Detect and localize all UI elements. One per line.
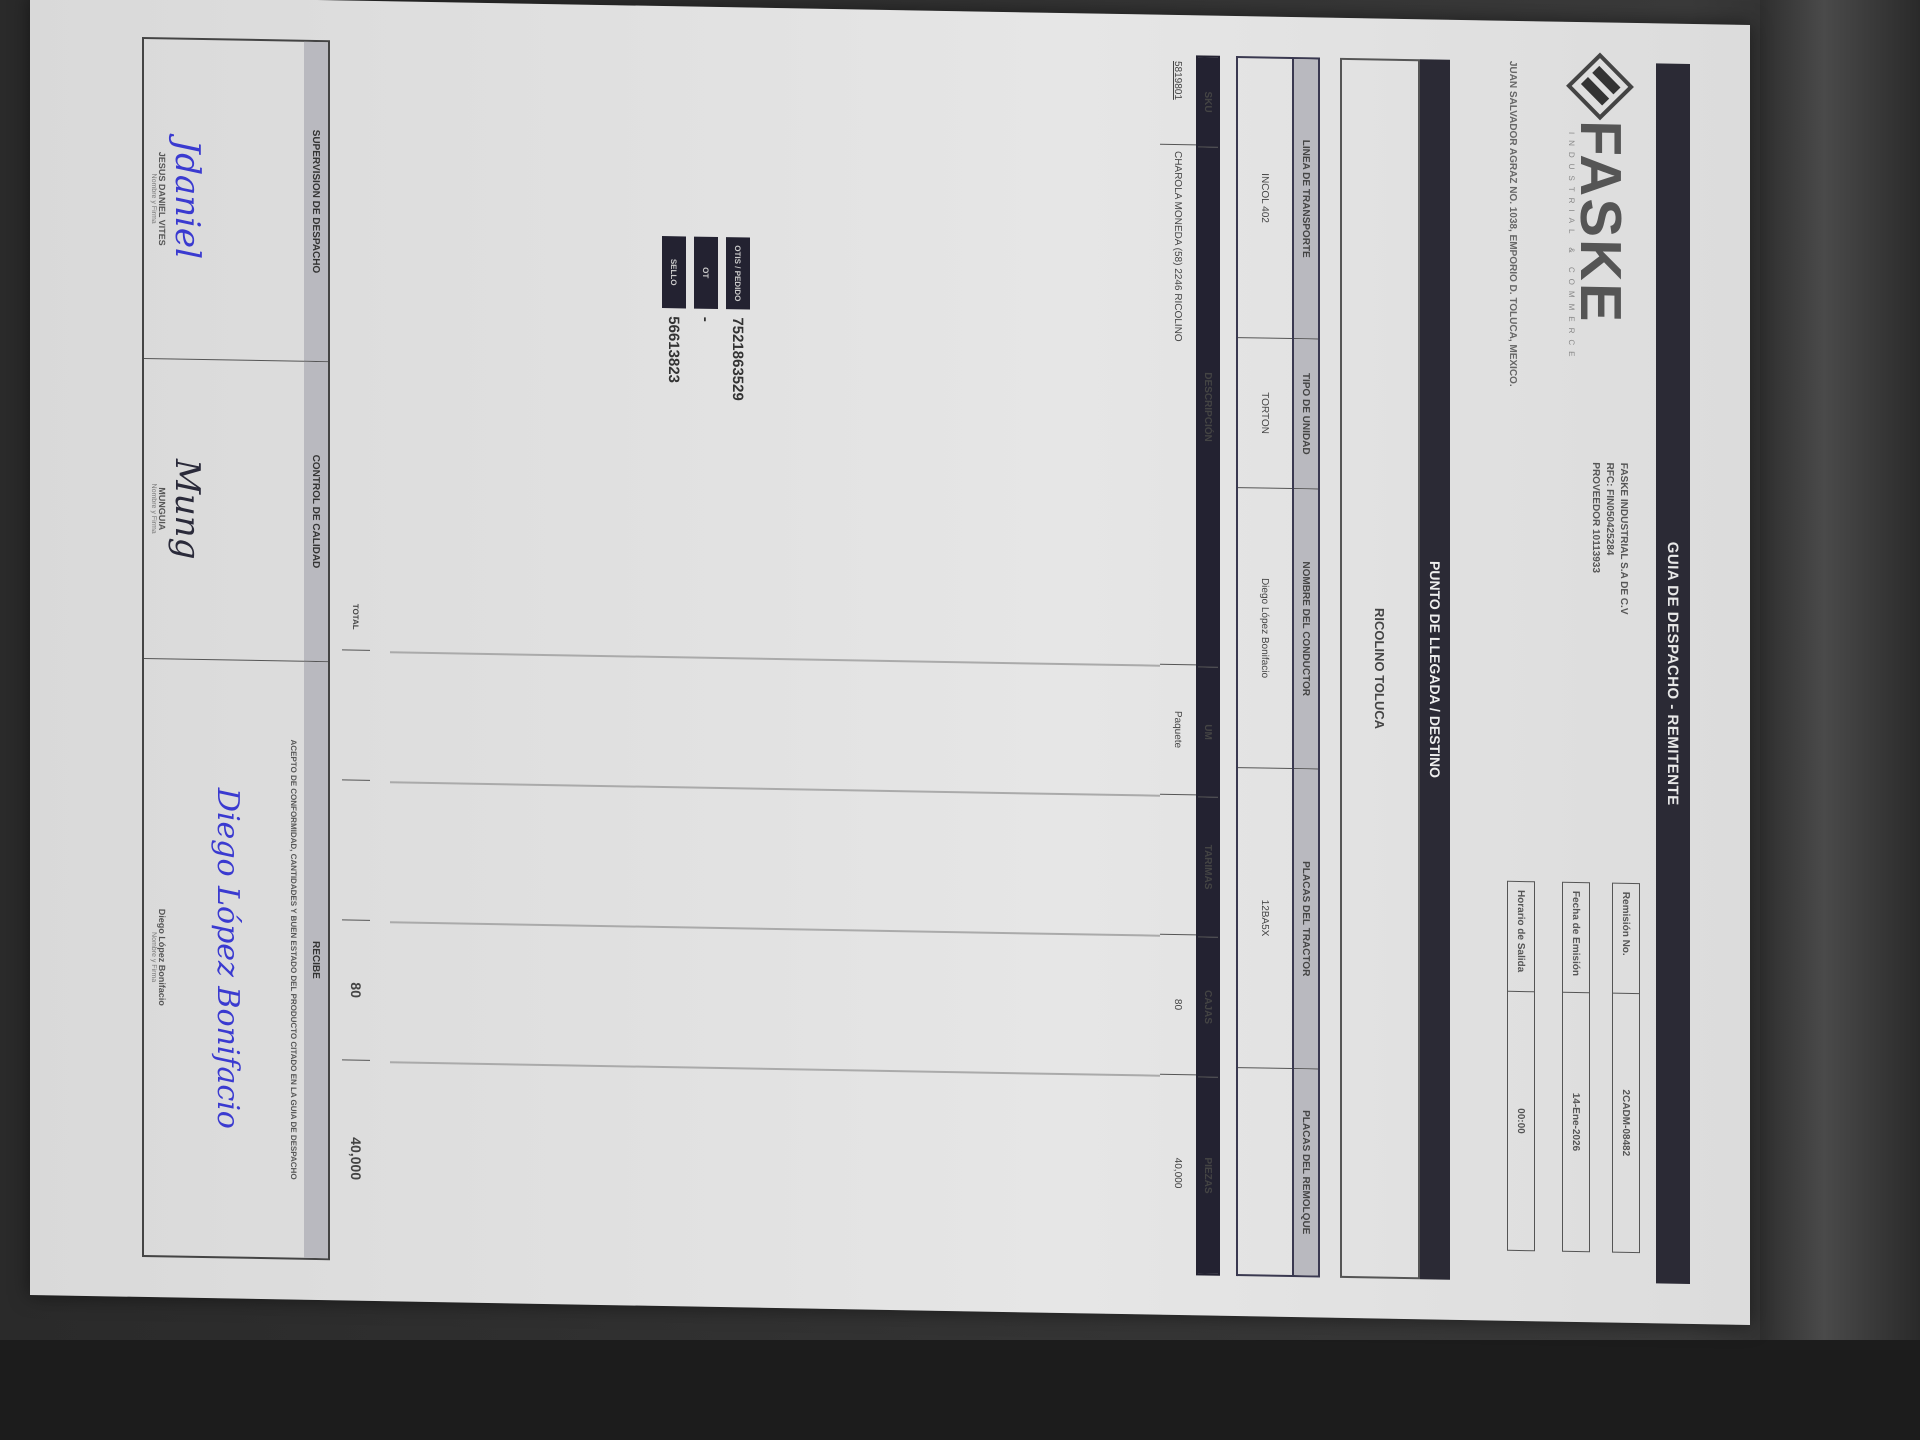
- transport-value: 12BA5X: [1238, 768, 1292, 1069]
- items-header: SKU: [1198, 57, 1218, 147]
- company-rfc: RFC: FIN050425284: [1602, 462, 1616, 614]
- transport-value-row: INCOL 402 TORTON Diego López Bonifacio 1…: [1236, 56, 1292, 1277]
- transport-header: PLACAS DEL REMOLQUE: [1294, 1069, 1318, 1275]
- document-photo: GUIA DE DESPACHO - REMITENTE FASKE INDUS…: [20, 0, 1760, 1350]
- item-description: CHAROLA MONEDA (58) 2246 RICOLINO: [1160, 145, 1196, 666]
- items-header: UM: [1198, 667, 1218, 797]
- reference-row: SELLO 56613823: [662, 236, 686, 400]
- remision-value: 2CADM-08482: [1613, 994, 1639, 1252]
- remision-label: Remisión No.: [1613, 884, 1639, 994]
- item-um: Paquete: [1160, 665, 1196, 796]
- item-tarimas: [1160, 795, 1196, 936]
- signer-sub-label: Nombre y Firma: [150, 659, 157, 1255]
- handwritten-signature: Mung: [167, 359, 207, 659]
- company-proveedor: PROVEEDOR 10113933: [1588, 462, 1602, 614]
- transport-value: Diego López Bonifacio: [1238, 488, 1292, 769]
- fecha-label: Fecha de Emisión: [1563, 883, 1589, 993]
- reference-label: OT: [694, 237, 718, 309]
- brand-tagline: INDUSTRIAL & COMMERCE: [1567, 132, 1576, 363]
- document-title: GUIA DE DESPACHO - REMITENTE: [1656, 63, 1690, 1284]
- horario-label: Horario de Salida: [1508, 882, 1534, 992]
- reference-label: OTIS / PEDIDO: [726, 237, 750, 309]
- items-header: PIEZAS: [1198, 1077, 1218, 1273]
- signature-table: SUPERVISION DE DESPACHO CONTROL DE CALID…: [142, 37, 330, 1260]
- fecha-value: 14-Ene-2026: [1563, 993, 1589, 1251]
- company-name: FASKE INDUSTRIAL S.A DE C.V: [1616, 463, 1630, 615]
- signature-header: RECIBE: [304, 662, 328, 1258]
- signer-name: Diego López Bonifacio: [157, 659, 167, 1255]
- company-address: JUAN SALVADOR AGRAZ NO. 1038, EMPORIO D.…: [1507, 61, 1518, 387]
- total-piezas: 40,000: [342, 1060, 370, 1256]
- signature-body-row: Jdaniel JESUS DANIEL VITES Nombre y Firm…: [144, 39, 304, 1258]
- reference-value: 7521863529: [730, 317, 747, 401]
- reference-value: 56613823: [666, 316, 683, 383]
- transport-header-row: LINEA DE TRANSPORTE TIPO DE UNIDAD NOMBR…: [1292, 57, 1320, 1277]
- total-label: TOTAL: [342, 40, 370, 650]
- company-info: FASKE INDUSTRIAL S.A DE C.V RFC: FIN0504…: [1588, 462, 1630, 614]
- signature-recibe: ACEPTO DE CONFORMIDAD, CANTIDADES Y BUEN…: [144, 659, 304, 1258]
- reference-block: OTIS / PEDIDO 7521863529 OT - SELLO 5661…: [654, 236, 750, 401]
- destination-value: RICOLINO TOLUCA: [1340, 58, 1420, 1279]
- transport-value: INCOL 402: [1238, 58, 1292, 339]
- dispatch-guide-paper: GUIA DE DESPACHO - REMITENTE FASKE INDUS…: [30, 0, 1750, 1325]
- signer-sub-label: Nombre y Firma: [150, 39, 157, 358]
- horario-field: Horario de Salida 00:00: [1507, 881, 1535, 1251]
- reference-row: OTIS / PEDIDO 7521863529: [726, 237, 750, 401]
- fecha-field: Fecha de Emisión 14-Ene-2026: [1562, 882, 1590, 1252]
- signer-name: JESUS DANIEL VITES: [157, 39, 167, 358]
- destination-header: PUNTO DE LLEGADA / DESTINO: [1420, 59, 1450, 1280]
- item-cajas: 80: [1160, 935, 1196, 1076]
- item-sku: 5819801: [1160, 55, 1196, 146]
- transport-header: NOMBRE DEL CONDUCTOR: [1294, 489, 1318, 769]
- brand-name: FASKE: [1571, 120, 1629, 324]
- reference-row: OT -: [694, 237, 718, 401]
- signature-supervision: Jdaniel JESUS DANIEL VITES Nombre y Firm…: [144, 39, 304, 362]
- transport-header: TIPO DE UNIDAD: [1294, 339, 1318, 489]
- transport-header: LINEA DE TRANSPORTE: [1294, 59, 1318, 339]
- items-header-row: SKU DESCRIPCIÓN UM TARIMAS CAJAS PIEZAS: [1196, 55, 1220, 1275]
- desk-surface: [1760, 0, 1920, 1440]
- desk-edge: [0, 1340, 1920, 1440]
- handwritten-signature: Jdaniel: [167, 39, 207, 359]
- items-header: DESCRIPCIÓN: [1198, 147, 1218, 667]
- brand-logo: FASKE INDUSTRIAL & COMMERCE: [1560, 62, 1640, 393]
- column-divider: [390, 921, 1160, 936]
- signature-header-row: SUPERVISION DE DESPACHO CONTROL DE CALID…: [304, 42, 328, 1258]
- signature-quality: Mung MUNGUIA Nombre y Firma: [144, 359, 304, 662]
- total-tarimas: [342, 780, 370, 920]
- signer-sub-label: Nombre y Firma: [150, 359, 157, 658]
- horario-value: 00:00: [1508, 992, 1534, 1250]
- table-row: 5819801 CHAROLA MONEDA (58) 2246 RICOLIN…: [1160, 55, 1196, 1276]
- column-divider: [390, 1061, 1160, 1076]
- reference-label: SELLO: [662, 236, 686, 308]
- reference-value: -: [698, 317, 715, 322]
- signature-header: SUPERVISION DE DESPACHO: [304, 42, 328, 362]
- total-empty: [342, 650, 370, 780]
- totals-row: TOTAL 80 40,000: [342, 40, 370, 1260]
- remision-field: Remisión No. 2CADM-08482: [1612, 883, 1640, 1253]
- transport-value: TORTON: [1238, 338, 1292, 489]
- transport-header: PLACAS DEL TRACTOR: [1294, 769, 1318, 1069]
- column-divider: [390, 781, 1160, 796]
- column-divider: [390, 651, 1160, 666]
- signer-name: MUNGUIA: [157, 359, 167, 658]
- transport-value: [1238, 1068, 1292, 1275]
- signature-header: CONTROL DE CALIDAD: [304, 362, 328, 662]
- handwritten-signature: Diego López Bonifacio: [211, 660, 246, 1257]
- items-header: TARIMAS: [1198, 797, 1218, 937]
- recibe-note: ACEPTO DE CONFORMIDAD, CANTIDADES Y BUEN…: [289, 662, 298, 1258]
- faske-diamond-logo-icon: [1566, 52, 1634, 120]
- item-piezas: 40,000: [1160, 1075, 1196, 1272]
- total-cajas: 80: [342, 920, 370, 1060]
- items-header: CAJAS: [1198, 937, 1218, 1077]
